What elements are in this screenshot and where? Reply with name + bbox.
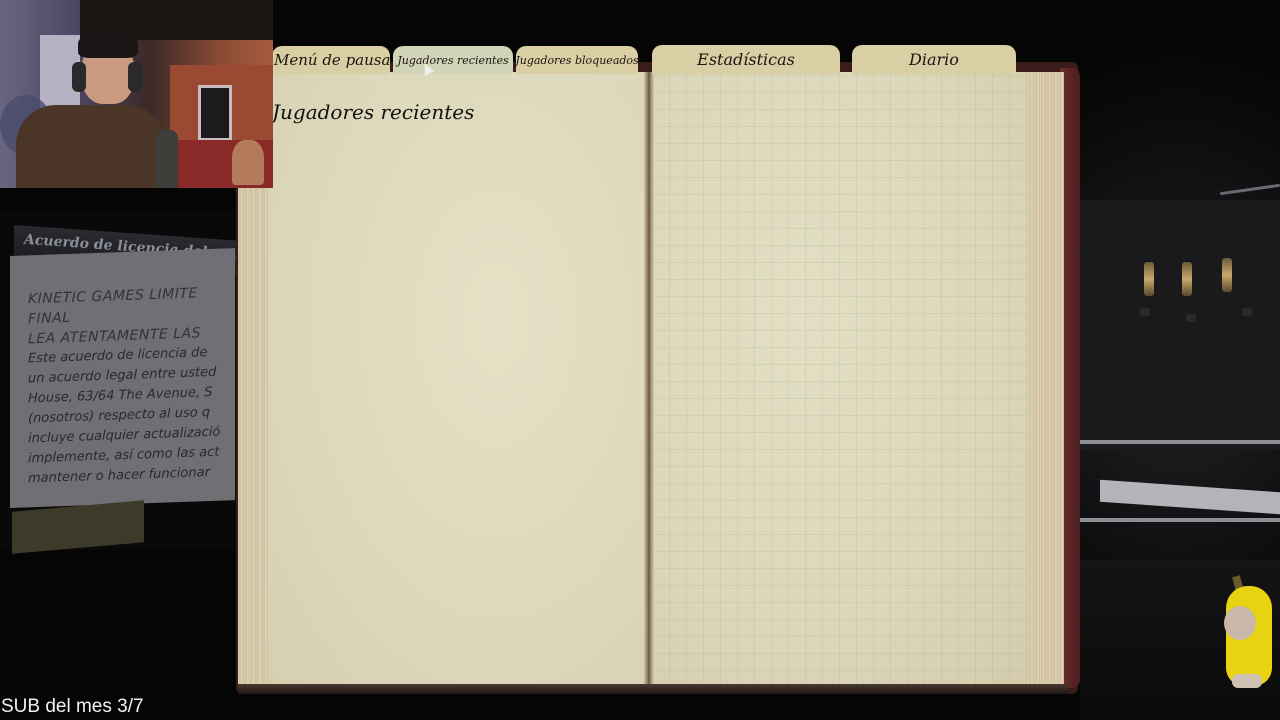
wall-hook-icon — [1186, 314, 1196, 322]
tab-recent-players[interactable]: Jugadores recientes — [393, 46, 513, 74]
cat-face — [1224, 606, 1256, 640]
wall-hook-icon — [1242, 308, 1252, 316]
page-stack-right — [1028, 72, 1064, 688]
webcam-bottle — [156, 130, 178, 188]
eula-paper: KINETIC GAMES LIMITE FINAL LEA ATENTAMEN… — [10, 248, 235, 508]
wall-hook-icon — [1140, 308, 1150, 316]
sub-of-month-counter: SUB del mes 3/7 — [1, 696, 144, 718]
cat-paws — [1232, 674, 1262, 688]
headset-icon — [72, 62, 86, 92]
recent-players-list — [272, 140, 642, 680]
banana-cat-icon — [1222, 576, 1276, 696]
tab-blocked-players[interactable]: Jugadores bloqueados — [516, 46, 638, 74]
streamer-hair — [78, 30, 138, 58]
headset-icon — [128, 62, 142, 92]
wall-peg-icon — [1182, 262, 1192, 296]
shelf-edge — [1078, 440, 1280, 444]
webcam-figurine — [232, 140, 264, 185]
tab-pause-menu[interactable]: Menú de pausa — [272, 46, 390, 74]
page-title: Jugadores recientes — [272, 100, 474, 124]
right-page-content — [660, 90, 1020, 680]
wall-peg-icon — [1222, 258, 1232, 292]
streamer-shirt — [16, 105, 166, 188]
background-wall — [1080, 200, 1280, 450]
tab-statistics[interactable]: Estadísticas — [652, 45, 840, 74]
journal-gutter — [644, 72, 654, 688]
journal-bottom-edge — [238, 684, 1068, 694]
shelf-edge — [1078, 518, 1280, 522]
webcam-window — [198, 85, 232, 141]
streamer-webcam — [0, 0, 273, 188]
wall-peg-icon — [1144, 262, 1154, 296]
tab-journal[interactable]: Diario — [852, 45, 1016, 74]
